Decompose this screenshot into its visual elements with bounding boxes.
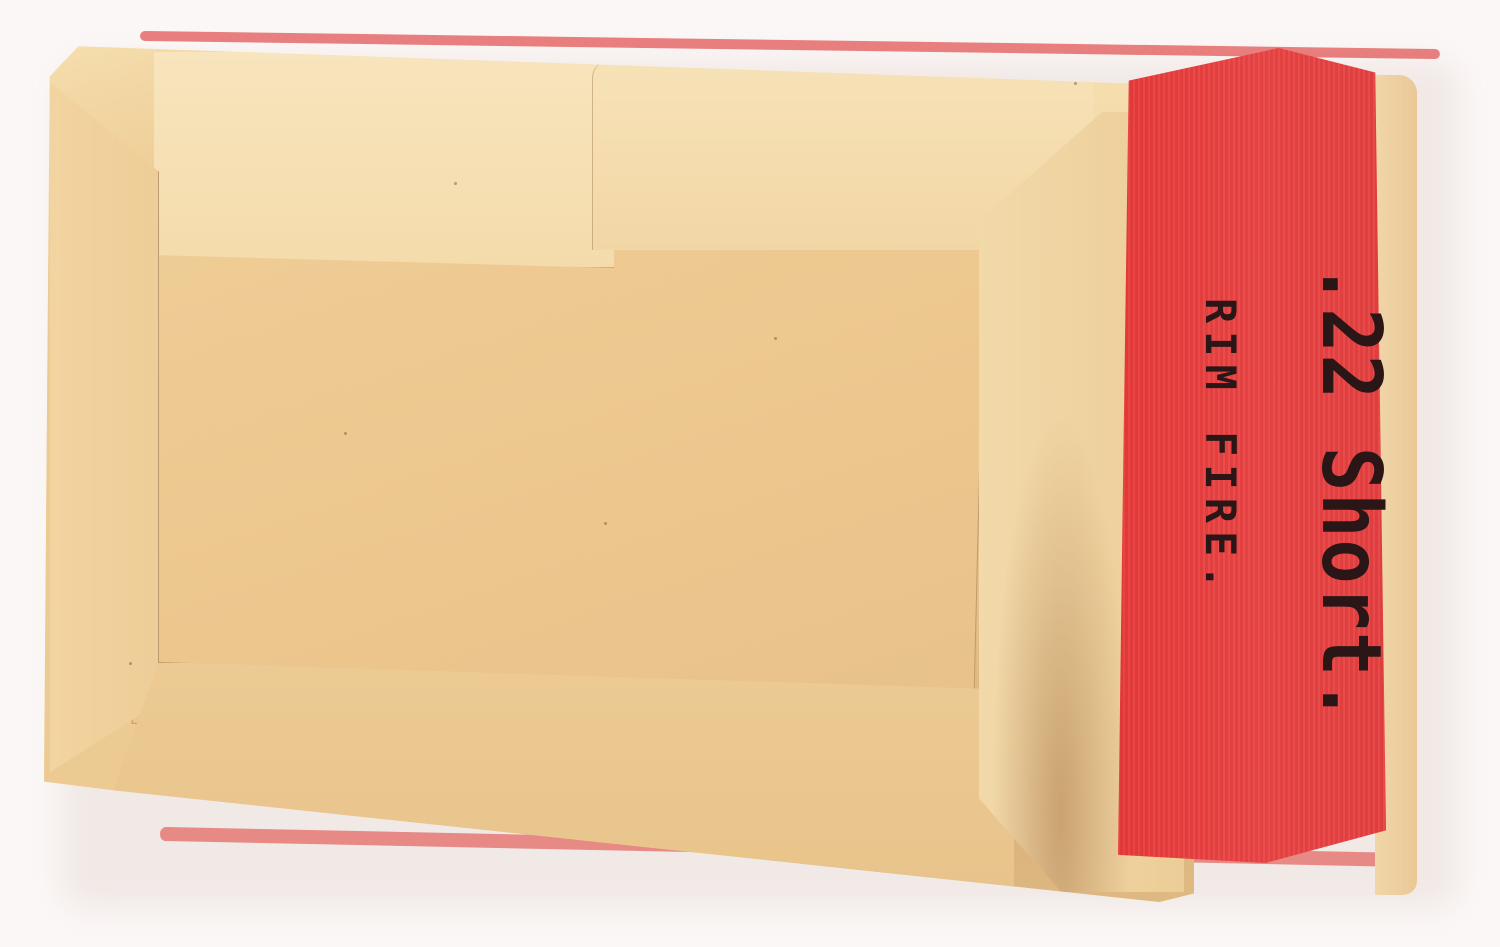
cardboard-end <box>44 42 1194 902</box>
speck <box>774 337 777 340</box>
caliber-text: .22 Short. <box>1303 262 1398 724</box>
speck <box>604 522 607 525</box>
speck <box>344 432 347 435</box>
speck <box>454 182 457 185</box>
bottom-flap <box>84 662 1014 893</box>
top-flap-left <box>154 52 614 268</box>
photo-scene: .22 Short. RIM FIRE. <box>0 0 1500 947</box>
speck <box>1074 82 1077 85</box>
left-flap <box>50 82 159 772</box>
rim-fire-text: RIM FIRE. <box>1196 298 1245 598</box>
speck <box>129 662 132 665</box>
